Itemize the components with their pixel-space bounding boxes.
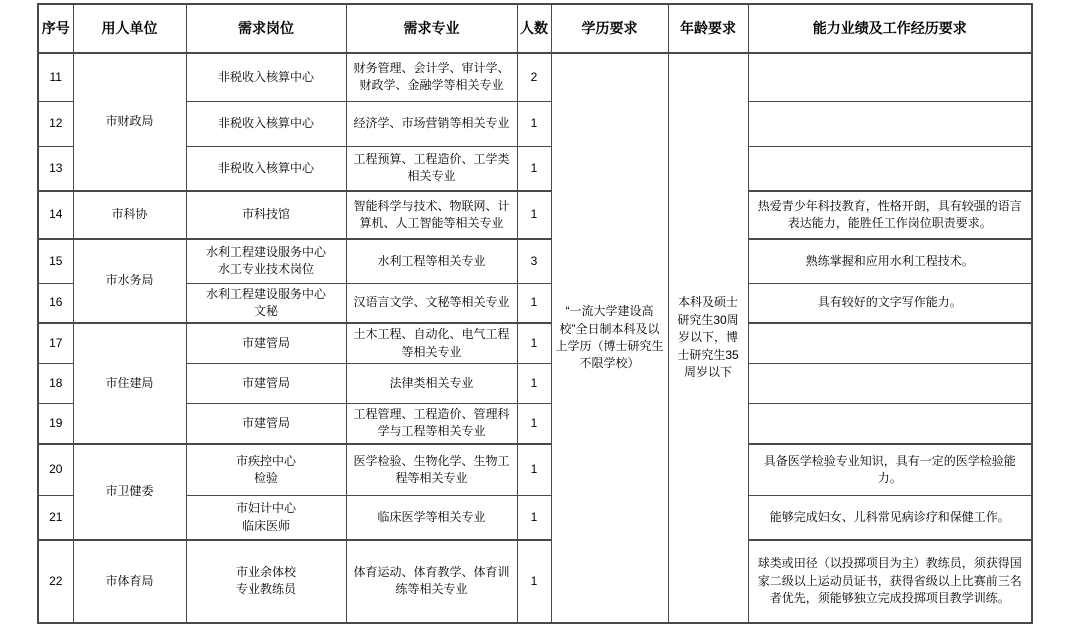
cell-ability: 熟练掌握和应用水利工程技术。: [748, 239, 1032, 283]
cell-major: 土木工程、自动化、电气工程等相关专业: [346, 323, 517, 363]
cell-major: 临床医学等相关专业: [346, 496, 517, 540]
header-row: 序号 用人单位 需求岗位 需求专业 人数 学历要求 年龄要求 能力业绩及工作经历…: [38, 4, 1032, 53]
cell-major: 体育运动、体育教学、体育训练等相关专业: [346, 540, 517, 623]
cell-post: 非税收入核算中心: [186, 101, 346, 146]
table-row: 18 市建管局 法律类相关专业 1: [38, 364, 1032, 404]
header-ability: 能力业绩及工作经历要求: [748, 4, 1032, 53]
cell-ability: [748, 323, 1032, 363]
cell-serial: 22: [38, 540, 73, 623]
cell-serial: 15: [38, 239, 73, 283]
cell-serial: 11: [38, 53, 73, 101]
header-count: 人数: [517, 4, 551, 53]
header-major: 需求专业: [346, 4, 517, 53]
cell-major: 水利工程等相关专业: [346, 239, 517, 283]
cell-serial: 19: [38, 404, 73, 444]
cell-education-requirement: “一流大学建设高校”全日制本科及以上学历（博士研究生不限学校）: [551, 53, 668, 623]
cell-ability: [748, 101, 1032, 146]
cell-age-requirement: 本科及硕士研究生30周岁以下，博士研究生35周岁以下: [668, 53, 748, 623]
cell-serial: 18: [38, 364, 73, 404]
table-row: 13 非税收入核算中心 工程预算、工程造价、工学类相关专业 1: [38, 146, 1032, 191]
cell-serial: 13: [38, 146, 73, 191]
cell-serial: 17: [38, 323, 73, 363]
cell-major: 工程预算、工程造价、工学类相关专业: [346, 146, 517, 191]
cell-count: 1: [517, 540, 551, 623]
cell-count: 1: [517, 444, 551, 496]
cell-major: 法律类相关专业: [346, 364, 517, 404]
cell-employer: 市体育局: [73, 540, 186, 623]
cell-major: 智能科学与技术、物联网、计算机、人工智能等相关专业: [346, 191, 517, 239]
cell-count: 1: [517, 404, 551, 444]
cell-serial: 20: [38, 444, 73, 496]
table-row: 14 市科协 市科技馆 智能科学与技术、物联网、计算机、人工智能等相关专业 1 …: [38, 191, 1032, 239]
recruitment-table: 序号 用人单位 需求岗位 需求专业 人数 学历要求 年龄要求 能力业绩及工作经历…: [37, 3, 1033, 624]
cell-major: 工程管理、工程造价、管理科学与工程等相关专业: [346, 404, 517, 444]
table-row: 22 市体育局 市业余体校 专业教练员 体育运动、体育教学、体育训练等相关专业 …: [38, 540, 1032, 623]
table-row: 20 市卫健委 市疾控中心 检验 医学检验、生物化学、生物工程等相关专业 1 具…: [38, 444, 1032, 496]
cell-post: 市业余体校 专业教练员: [186, 540, 346, 623]
cell-post: 水利工程建设服务中心 水工专业技术岗位: [186, 239, 346, 283]
cell-major: 汉语言文学、文秘等相关专业: [346, 283, 517, 323]
cell-post: 市疾控中心 检验: [186, 444, 346, 496]
cell-serial: 21: [38, 496, 73, 540]
cell-post: 非税收入核算中心: [186, 53, 346, 101]
cell-count: 1: [517, 146, 551, 191]
header-post: 需求岗位: [186, 4, 346, 53]
cell-ability: 球类或田径（以投掷项目为主）教练员，须获得国家二级以上运动员证书，获得省级以上比…: [748, 540, 1032, 623]
header-employer: 用人单位: [73, 4, 186, 53]
table-row: 21 市妇计中心 临床医师 临床医学等相关专业 1 能够完成妇女、儿科常见病诊疗…: [38, 496, 1032, 540]
cell-post: 市妇计中心 临床医师: [186, 496, 346, 540]
table-row: 17 市住建局 市建管局 土木工程、自动化、电气工程等相关专业 1: [38, 323, 1032, 363]
cell-count: 2: [517, 53, 551, 101]
cell-employer: 市财政局: [73, 53, 186, 191]
cell-serial: 16: [38, 283, 73, 323]
cell-post: 市科技馆: [186, 191, 346, 239]
table-row: 19 市建管局 工程管理、工程造价、管理科学与工程等相关专业 1: [38, 404, 1032, 444]
cell-count: 1: [517, 101, 551, 146]
cell-post: 非税收入核算中心: [186, 146, 346, 191]
cell-ability: [748, 146, 1032, 191]
header-education: 学历要求: [551, 4, 668, 53]
cell-ability: 具有较好的文字写作能力。: [748, 283, 1032, 323]
table-row: 12 非税收入核算中心 经济学、市场营销等相关专业 1: [38, 101, 1032, 146]
cell-post: 水利工程建设服务中心 文秘: [186, 283, 346, 323]
cell-ability: [748, 364, 1032, 404]
cell-major: 医学检验、生物化学、生物工程等相关专业: [346, 444, 517, 496]
cell-ability: [748, 53, 1032, 101]
cell-post: 市建管局: [186, 404, 346, 444]
cell-post: 市建管局: [186, 323, 346, 363]
cell-major: 经济学、市场营销等相关专业: [346, 101, 517, 146]
table-row: 16 水利工程建设服务中心 文秘 汉语言文学、文秘等相关专业 1 具有较好的文字…: [38, 283, 1032, 323]
cell-ability: 具备医学检验专业知识，具有一定的医学检验能力。: [748, 444, 1032, 496]
header-age: 年龄要求: [668, 4, 748, 53]
page: 序号 用人单位 需求岗位 需求专业 人数 学历要求 年龄要求 能力业绩及工作经历…: [0, 0, 1066, 635]
cell-ability: 热爱青少年科技教育，性格开朗，具有较强的语言表达能力，能胜任工作岗位职责要求。: [748, 191, 1032, 239]
table-row: 11 市财政局 非税收入核算中心 财务管理、会计学、审计学、财政学、金融学等相关…: [38, 53, 1032, 101]
cell-count: 1: [517, 283, 551, 323]
cell-major: 财务管理、会计学、审计学、财政学、金融学等相关专业: [346, 53, 517, 101]
cell-serial: 14: [38, 191, 73, 239]
cell-serial: 12: [38, 101, 73, 146]
cell-ability: [748, 404, 1032, 444]
cell-count: 3: [517, 239, 551, 283]
cell-employer: 市住建局: [73, 323, 186, 444]
header-serial: 序号: [38, 4, 73, 53]
cell-employer: 市水务局: [73, 239, 186, 323]
cell-ability: 能够完成妇女、儿科常见病诊疗和保健工作。: [748, 496, 1032, 540]
cell-employer: 市科协: [73, 191, 186, 239]
cell-count: 1: [517, 364, 551, 404]
cell-count: 1: [517, 191, 551, 239]
cell-count: 1: [517, 323, 551, 363]
cell-post: 市建管局: [186, 364, 346, 404]
cell-count: 1: [517, 496, 551, 540]
cell-employer: 市卫健委: [73, 444, 186, 540]
table-row: 15 市水务局 水利工程建设服务中心 水工专业技术岗位 水利工程等相关专业 3 …: [38, 239, 1032, 283]
